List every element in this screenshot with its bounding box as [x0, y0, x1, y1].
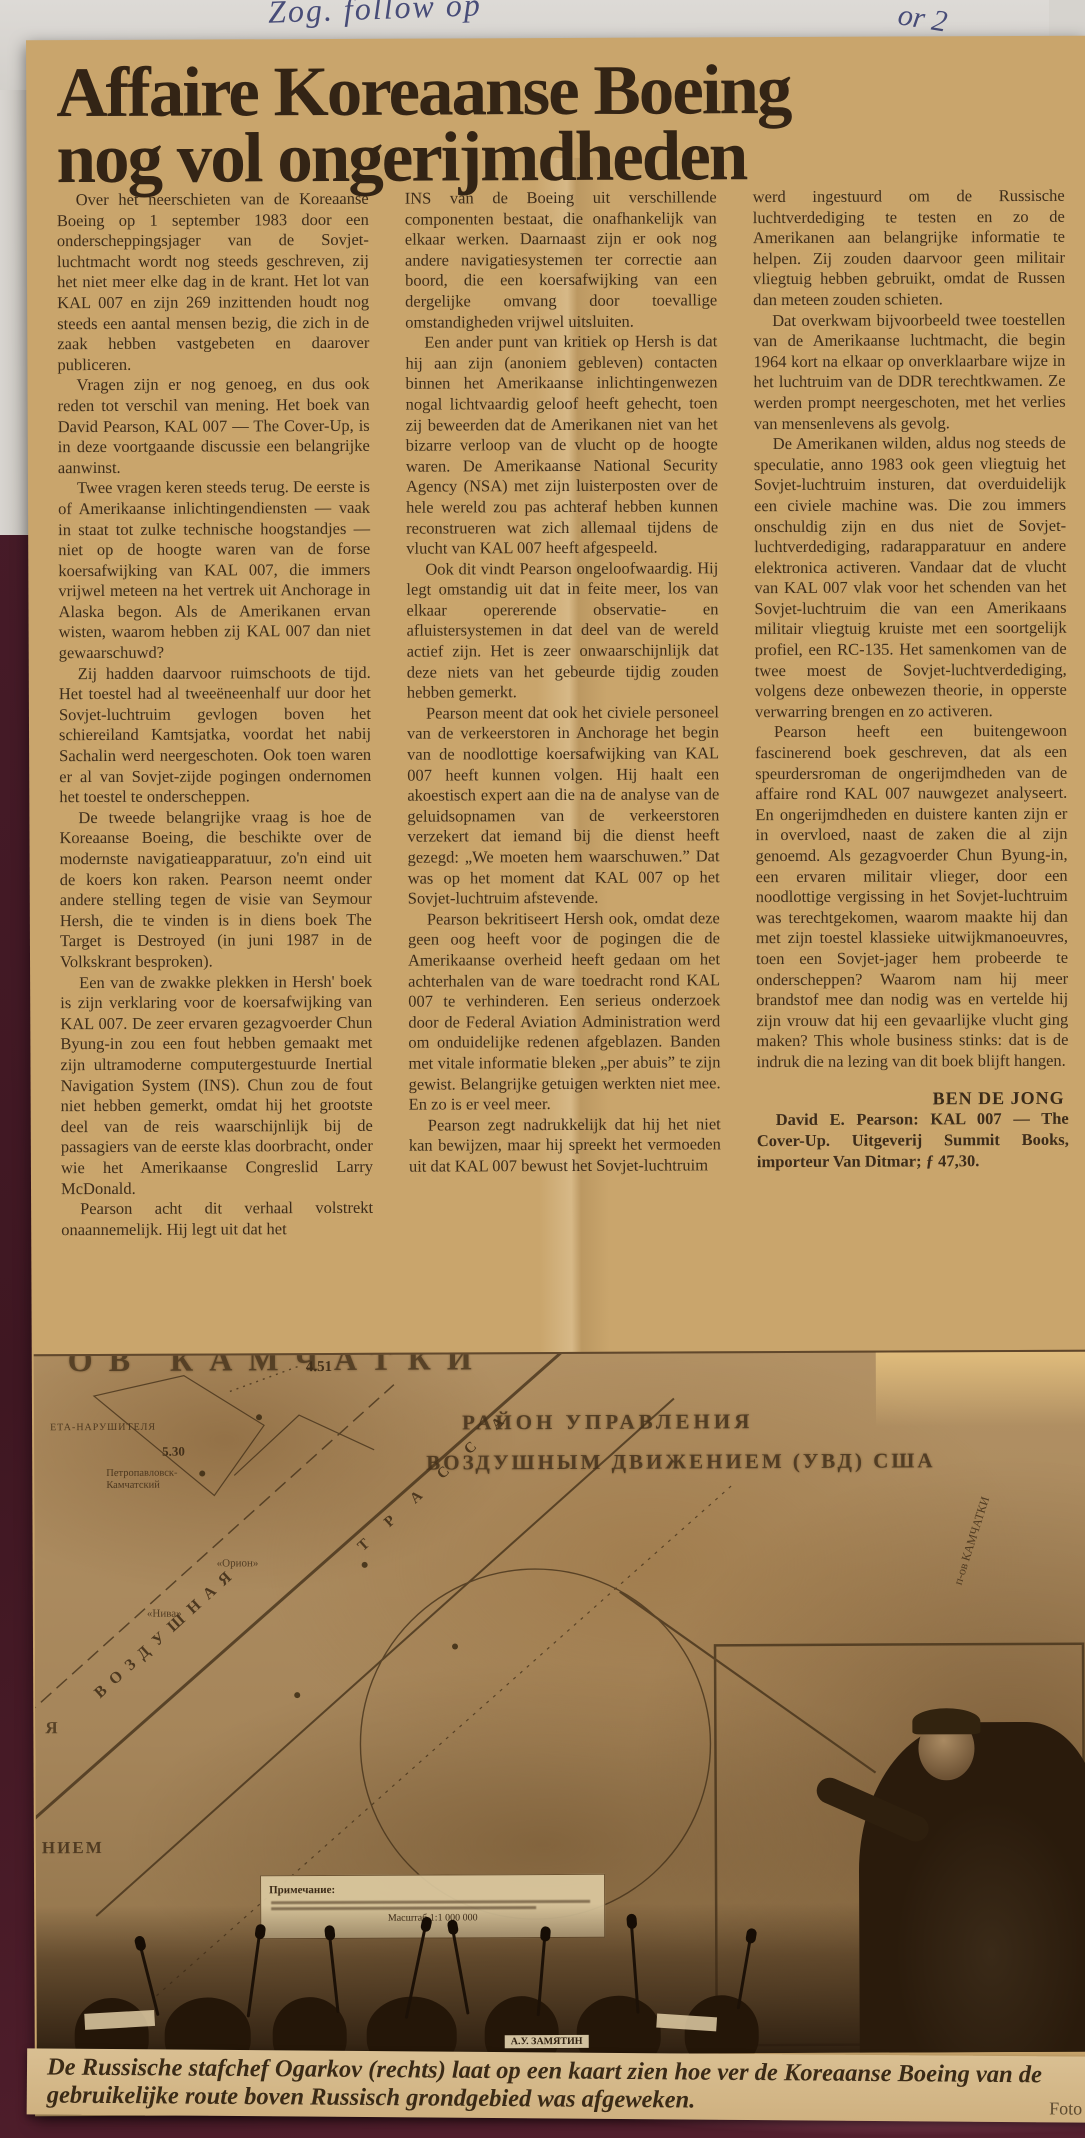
- scanned-newspaper-clipping: Zog. follow op or 2 8-10-88 Affaire Kore…: [0, 0, 1085, 2138]
- paragraph: Twee vragen keren steeds terug. De eerst…: [58, 477, 371, 664]
- photo-caption: De Russische stafchef Ogarkov (rechts) l…: [47, 2053, 1077, 2117]
- paragraph: Pearson acht dit verhaal volstrekt onaan…: [61, 1198, 373, 1241]
- map-label-niva: «Нива»: [147, 1608, 182, 1620]
- paragraph: Een ander punt van kritiek op Hersh is d…: [405, 331, 718, 559]
- nameplate: А.У. ЗАМЯТИН: [505, 2035, 589, 2048]
- map-label-time-530: 5.30: [162, 1444, 185, 1460]
- map-edge-letter: Я: [45, 1718, 57, 1738]
- map-label-intruder-track: ЕТА-НАРУШИТЕЛЯ: [50, 1422, 156, 1433]
- paragraph: Dat overkwam bijvoorbeeld twee toestelle…: [753, 309, 1066, 434]
- paragraph: INS van de Boeing uit verschillende comp…: [405, 187, 718, 333]
- author-byline: BEN DE JONG: [757, 1087, 1069, 1109]
- paragraph: Pearson zegt nadrukkelijk dat hij het ni…: [409, 1114, 721, 1177]
- backing-paper-left: [0, 90, 30, 535]
- ogarkov-cap: [912, 1708, 980, 1734]
- map-label-orion: «Орион»: [217, 1557, 259, 1569]
- paragraph: Zij hadden daarvoor ruimschoots de tijd.…: [59, 662, 372, 808]
- paragraph: De tweede belangrijke vraag is hoe de Ko…: [59, 807, 372, 973]
- paragraph: Een van de zwakke plekken in Hersh' boek…: [60, 971, 373, 1199]
- headline-line-2: nog vol ongerijmdheden: [56, 122, 1046, 192]
- photo-credit: Foto AP: [1049, 2098, 1085, 2119]
- column-3-paragraphs: werd ingestuurd om de Russische luchtver…: [753, 186, 1069, 1073]
- article-column-1: Over het neerschieten van de Koreaanse B…: [57, 189, 374, 1358]
- headline-line-1: Affaire Koreaanse Boeing: [56, 56, 1046, 126]
- paragraph: werd ingestuurd om de Russische luchtver…: [753, 186, 1066, 311]
- article-column-2: INS van de Boeing uit verschillende comp…: [405, 187, 722, 1356]
- article-column-3: werd ingestuurd om de Russische luchtver…: [753, 186, 1070, 1355]
- map-edge-word: НИЕМ: [42, 1838, 104, 1858]
- paragraph: Pearson heeft een buitengewoon fascinere…: [755, 721, 1069, 1072]
- map-label-kamchatka-cut: ОВ КАМЧАТКИ: [68, 1350, 488, 1379]
- paragraph: Pearson meent dat ook het civiele person…: [407, 702, 720, 909]
- article-headline: Affaire Koreaanse Boeing nog vol ongerij…: [56, 56, 1047, 192]
- newspaper-clipping: Affaire Koreaanse Boeing nog vol ongerij…: [26, 36, 1085, 2117]
- photo-caption-strip: De Russische stafchef Ogarkov (rechts) l…: [27, 2048, 1085, 2123]
- paragraph: Pearson bekritiseert Hersh ook, omdat de…: [408, 908, 721, 1115]
- ogarkov-figure: [858, 1722, 1085, 2053]
- paragraph: Ook dit vindt Pearson ongeloofwaardig. H…: [406, 558, 719, 704]
- note-title: Примечание:: [269, 1884, 335, 1896]
- article-body: Over het neerschieten van de Koreaanse B…: [57, 186, 1072, 1358]
- paragraph: Over het neerschieten van de Koreaanse B…: [57, 189, 370, 376]
- map-label-time-451: 4.51: [306, 1359, 332, 1376]
- press-photo: ОВ КАМЧАТКИ 4.51 РАЙОН УПРАВЛЕНИЯ ВОЗДУШ…: [34, 1350, 1085, 2057]
- book-credit: David E. Pearson: KAL 007 — The Cover-Up…: [757, 1108, 1069, 1172]
- map-label-region-line2: ВОЗДУШНЫМ ДВИЖЕНИЕМ (УВД) США: [426, 1448, 935, 1475]
- paragraph: Vragen zijn er nog genoeg, en dus ook re…: [57, 374, 369, 478]
- paragraph: De Amerikanen wilden, aldus nog steeds d…: [754, 433, 1067, 723]
- map-label-petropavlovsk: Петропавловск-Камчатский: [106, 1468, 198, 1492]
